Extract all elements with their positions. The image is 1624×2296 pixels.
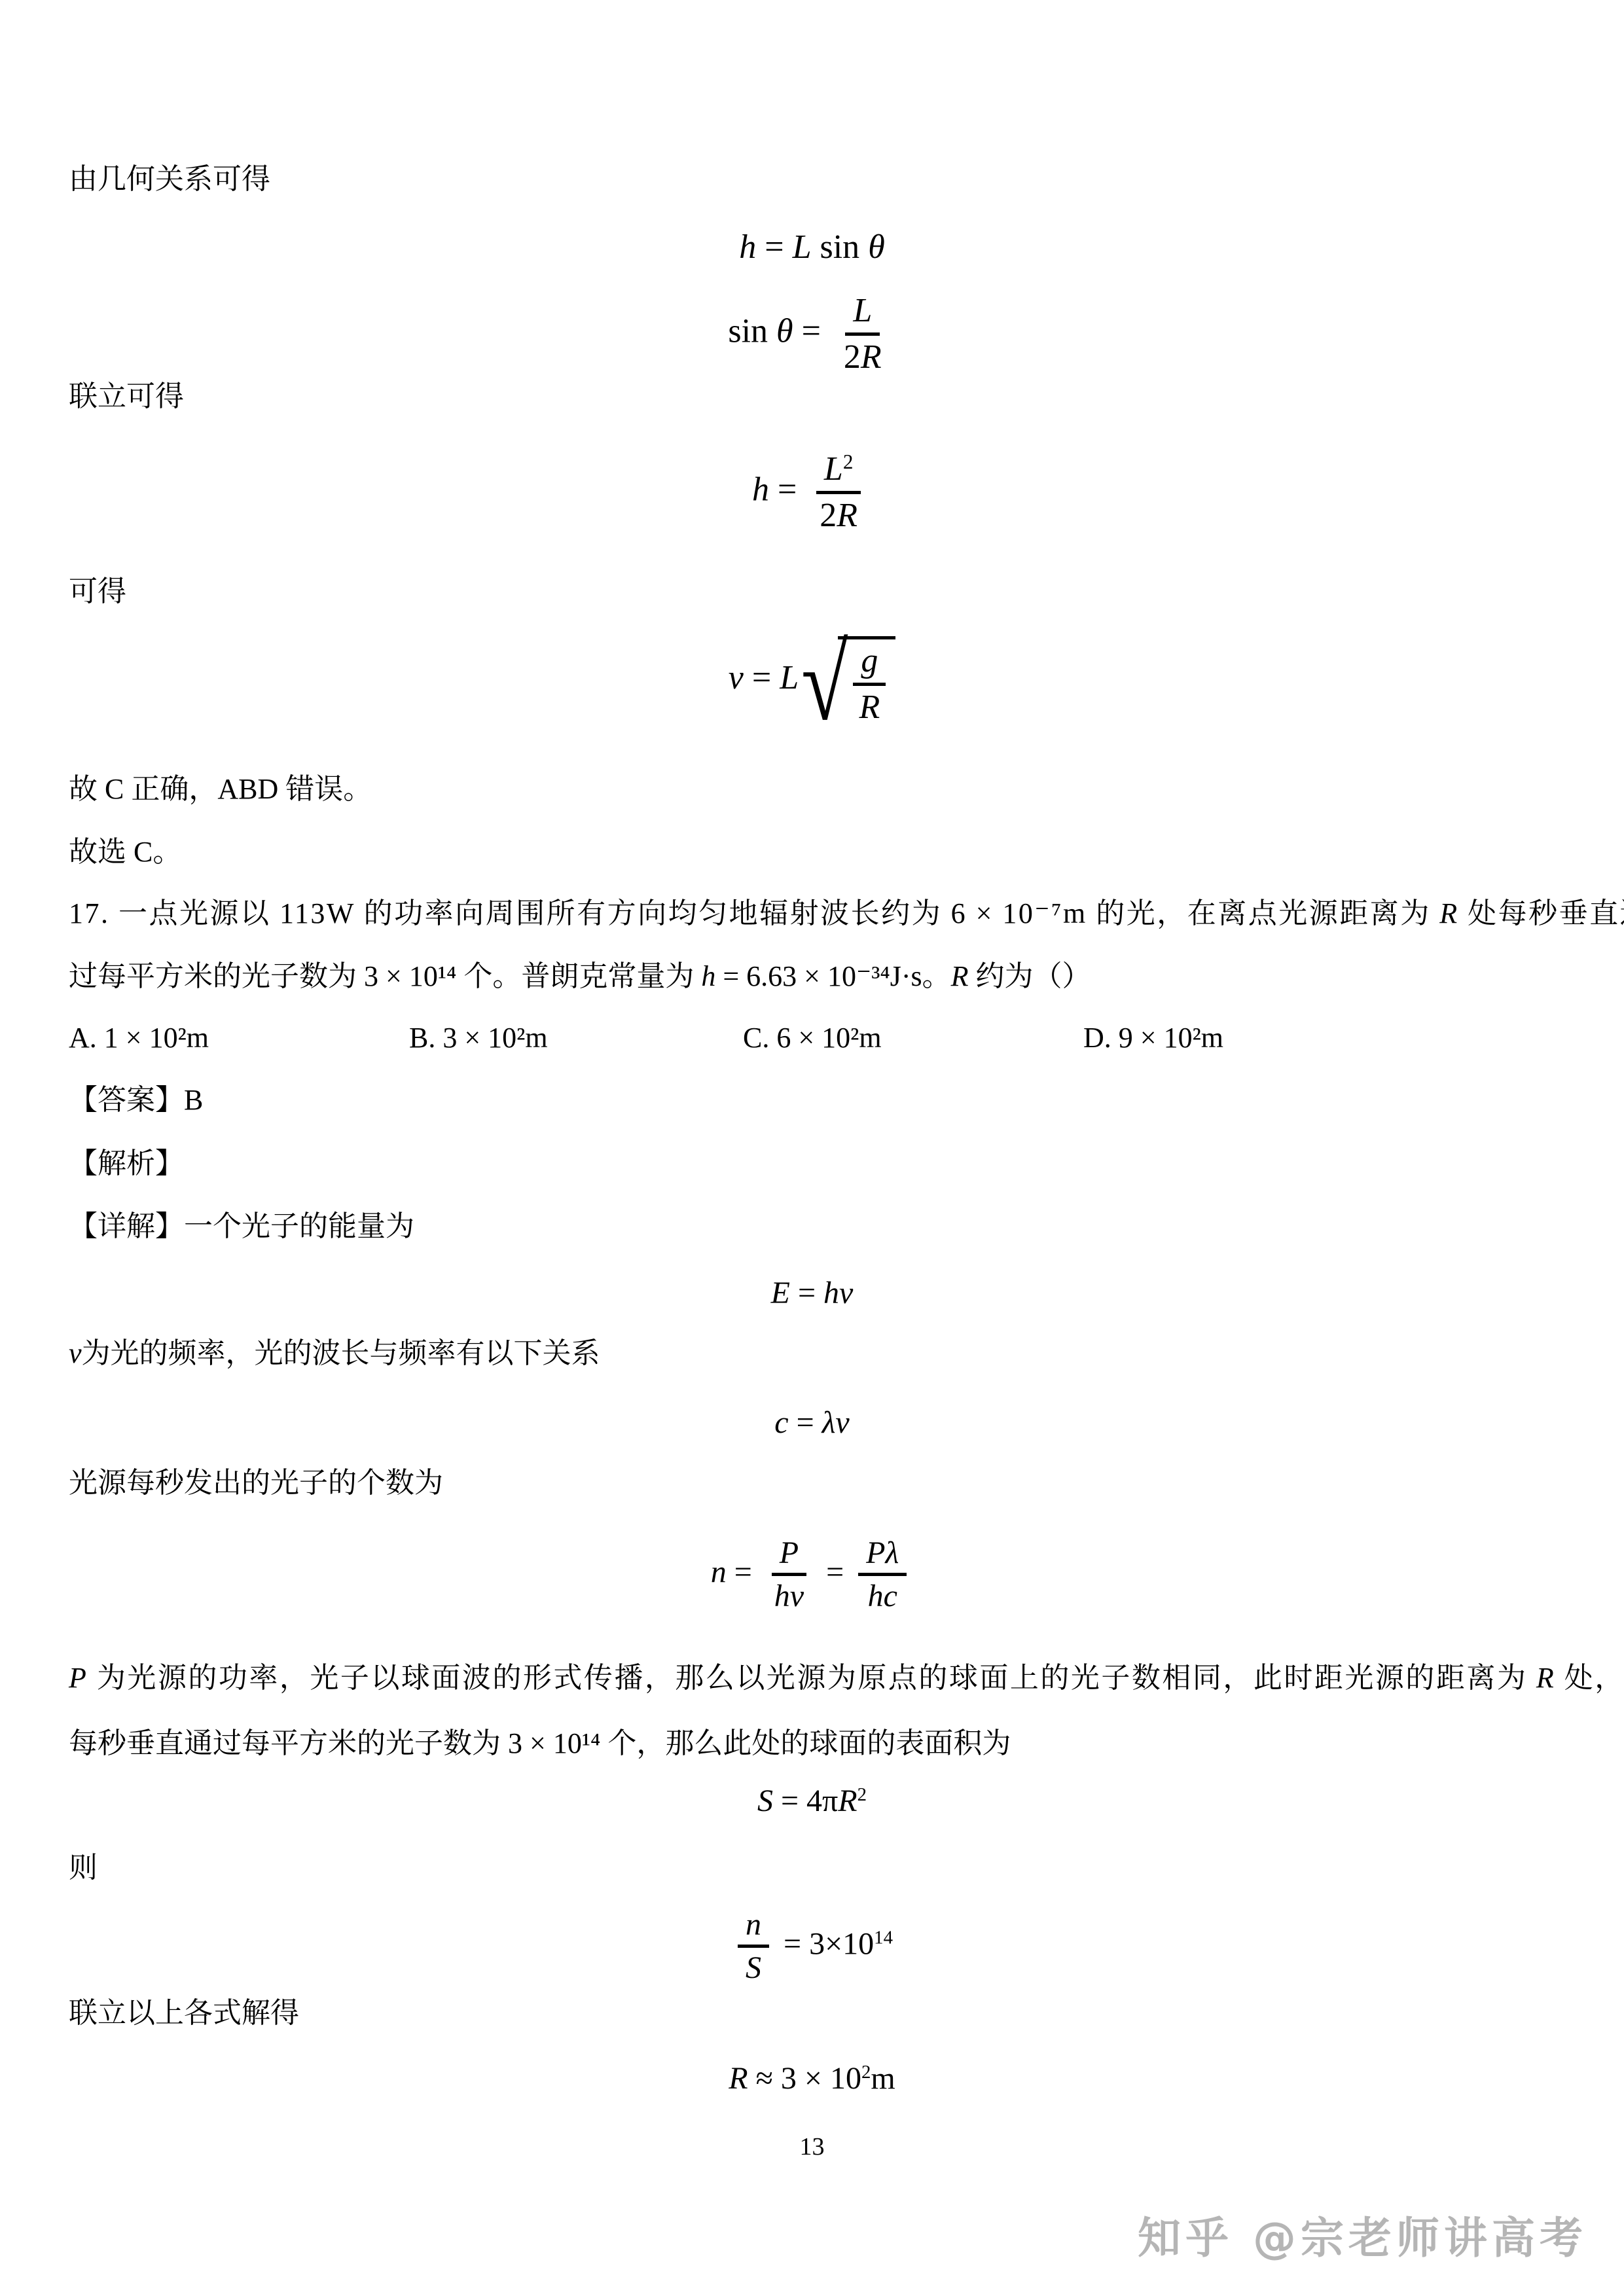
formula-h-equals-l-sin-theta: h = L sin θ: [0, 228, 1624, 267]
page-number: 13: [0, 2132, 1624, 2161]
question17-text-line2: 过每平方米的光子数为 3 × 10¹⁴ 个。普朗克常量为 h = 6.63 × …: [69, 960, 1091, 994]
paragraph-geometry-intro: 由几何关系可得: [69, 162, 270, 196]
option-d: D. 9 × 10²m: [1083, 1021, 1223, 1055]
option-a: A. 1 × 10²m: [69, 1021, 209, 1055]
paragraph-combine: 联立可得: [69, 380, 184, 414]
paragraph-obtain: 可得: [69, 575, 126, 609]
formula-s-equals-4-pi-r-squared: S = 4πR2: [0, 1783, 1624, 1819]
paragraph-power-line2: 每秒垂直通过每平方米的光子数为 3 × 10¹⁴ 个，那么此处的球面的表面积为: [69, 1727, 1011, 1761]
paragraph-power-line1: P 为光源的功率，光子以球面波的形式传播，那么以光源为原点的球面上的光子数相同，…: [69, 1661, 1624, 1695]
document-page: 由几何关系可得 h = L sin θ sin θ = L2R 联立可得 h =…: [0, 0, 1624, 2296]
paragraph-conclusion-c-correct: 故 C 正确，ABD 错误。: [69, 772, 372, 806]
question17-text-line1: 17. 一点光源以 113W 的功率向周围所有方向均匀地辐射波长约为 6 × 1…: [69, 897, 1624, 931]
paragraph-choose-c: 故选 C。: [69, 835, 181, 869]
detail-intro: 【详解】一个光子的能量为: [69, 1210, 414, 1244]
option-c: C. 6 × 10²m: [743, 1021, 882, 1055]
analysis-label: 【解析】: [69, 1147, 184, 1181]
paragraph-photon-count: 光源每秒发出的光子的个数为: [69, 1466, 443, 1500]
formula-r-result: R ≈ 3 × 102m: [0, 2060, 1624, 2096]
formula-n-equals-p-over-hv: n = Phv = Pλhc: [0, 1537, 1624, 1613]
paragraph-combine-solve: 联立以上各式解得: [69, 1996, 299, 2030]
formula-sin-theta-fraction: sin θ = L2R: [0, 293, 1624, 375]
formula-v-equals-l-sqrt: v = L√gR: [0, 636, 1624, 725]
option-b: B. 3 × 10²m: [409, 1021, 548, 1055]
formula-n-over-s: nS = 3×1014: [0, 1909, 1624, 1985]
paragraph-then: 则: [69, 1851, 98, 1885]
paragraph-v-frequency: v为光的频率，光的波长与频率有以下关系: [69, 1336, 600, 1371]
formula-e-equals-hv: E = hv: [0, 1275, 1624, 1311]
zhihu-watermark: 知乎 @宗老师讲高考: [1138, 2203, 1587, 2265]
formula-h-l-squared-fraction: h = L22R: [0, 452, 1624, 533]
answer-label: 【答案】B: [69, 1083, 203, 1117]
formula-c-equals-lambda-v: c = λv: [0, 1405, 1624, 1441]
